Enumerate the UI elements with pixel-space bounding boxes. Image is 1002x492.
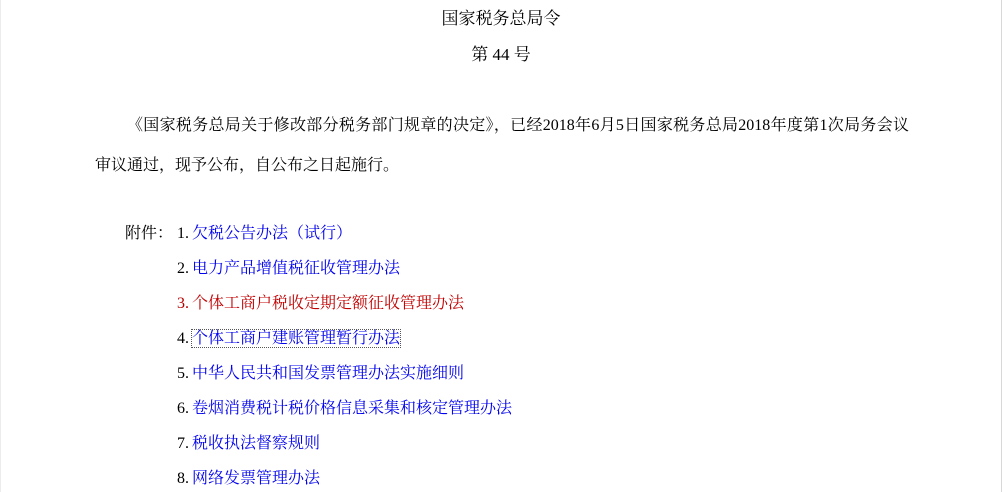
attachment-number: 7. xyxy=(177,435,189,452)
attachment-item: 3.个体工商户税收定期定额征收管理办法 xyxy=(177,286,512,321)
attachment-number: 5. xyxy=(177,365,189,382)
attachment-link[interactable]: 税收执法督察规则 xyxy=(192,435,320,452)
attachment-item: 5.中华人民共和国发票管理办法实施细则 xyxy=(177,356,512,391)
attachment-item: 8.网络发票管理办法 xyxy=(177,461,512,492)
attachment-link[interactable]: 中华人民共和国发票管理办法实施细则 xyxy=(192,365,464,382)
attachments-section: 附件： 1.欠税公告办法（试行）2.电力产品增值税征收管理办法3.个体工商户税收… xyxy=(125,216,1001,492)
attachment-link[interactable]: 网络发票管理办法 xyxy=(192,470,320,487)
attachments-label: 附件： xyxy=(125,216,173,251)
attachment-item: 4.个体工商户建账管理暂行办法 xyxy=(177,321,512,356)
attachment-number: 1. xyxy=(177,225,189,242)
attachment-item: 2.电力产品增值税征收管理办法 xyxy=(177,251,512,286)
attachment-link[interactable]: 卷烟消费税计税价格信息采集和核定管理办法 xyxy=(192,400,512,417)
document-issue-number: 第 44 号 xyxy=(1,44,1001,66)
document-page: 国家税务总局令 第 44 号 《国家税务总局关于修改部分税务部门规章的决定》，已… xyxy=(0,0,1002,492)
attachment-number: 3. xyxy=(177,295,189,312)
attachment-list: 1.欠税公告办法（试行）2.电力产品增值税征收管理办法3.个体工商户税收定期定额… xyxy=(177,216,512,492)
attachment-link[interactable]: 电力产品增值税征收管理办法 xyxy=(192,260,400,277)
attachment-item: 6.卷烟消费税计税价格信息采集和核定管理办法 xyxy=(177,391,512,426)
decree-paragraph: 《国家税务总局关于修改部分税务部门规章的决定》，已经2018年6月5日国家税务总… xyxy=(1,106,1001,186)
attachment-link[interactable]: 欠税公告办法（试行） xyxy=(192,225,352,242)
attachment-item: 1.欠税公告办法（试行） xyxy=(177,216,512,251)
attachment-link[interactable]: 个体工商户税收定期定额征收管理办法 xyxy=(192,295,464,312)
attachment-link[interactable]: 个体工商户建账管理暂行办法 xyxy=(192,330,400,347)
document-title: 国家税务总局令 xyxy=(1,8,1001,30)
attachment-number: 8. xyxy=(177,470,189,487)
attachment-number: 6. xyxy=(177,400,189,417)
attachment-number: 2. xyxy=(177,260,189,277)
attachment-number: 4. xyxy=(177,330,189,347)
attachment-item: 7.税收执法督察规则 xyxy=(177,426,512,461)
